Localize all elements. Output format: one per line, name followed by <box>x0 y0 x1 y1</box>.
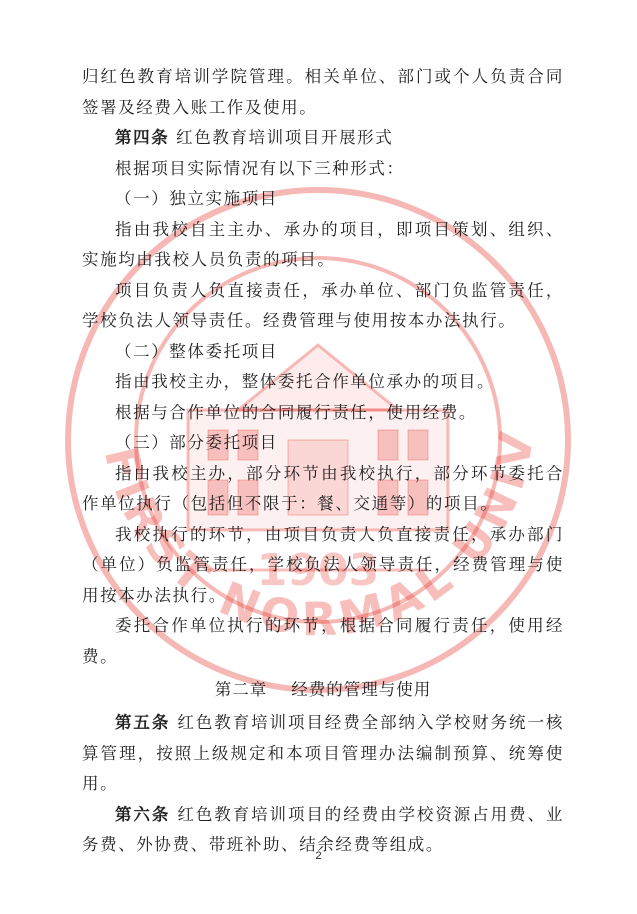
article-paragraph: 第六条 红色教育培训项目的经费由学校资源占用费、业务费、外协费、带班补助、结余经… <box>82 800 564 861</box>
document-page: 归红色教育培训学院管理。相关单位、部门或个人负责合同签署及经费入账工作及使用。 … <box>82 62 564 861</box>
article-title: 红色教育培训项目开展形式 <box>176 128 393 147</box>
article-number: 第六条 <box>115 805 170 824</box>
chapter-number: 第二章 <box>215 680 268 699</box>
paragraph: 指由我校自主主办、承办的项目，即项目策划、组织、实施均由我校人员负责的项目。 <box>82 215 564 276</box>
paragraph: 根据项目实际情况有以下三种形式： <box>82 154 564 185</box>
paragraph: 归红色教育培训学院管理。相关单位、部门或个人负责合同签署及经费入账工作及使用。 <box>82 62 564 123</box>
paragraph: 指由我校主办，部分环节由我校执行，部分环节委托合作单位执行（包括但不限于：餐、交… <box>82 459 564 520</box>
paragraph: 委托合作单位执行的环节，根据合同履行责任，使用经费。 <box>82 611 564 672</box>
paragraph: 我校执行的环节，由项目负责人负直接责任，承办部门（单位）负监管责任，学校负法人领… <box>82 520 564 612</box>
paragraph: 指由我校主办，整体委托合作单位承办的项目。 <box>82 367 564 398</box>
chapter-heading: 第二章经费的管理与使用 <box>82 672 564 708</box>
article-paragraph: 第五条 红色教育培训项目经费全部纳入学校财务统一核算管理，按照上级规定和本项目管… <box>82 708 564 800</box>
subheading: （一）独立实施项目 <box>82 184 564 215</box>
article-number: 第五条 <box>115 713 170 732</box>
subheading: （三）部分委托项目 <box>82 428 564 459</box>
paragraph: 项目负责人负直接责任，承办单位、部门负监管责任，学校负法人领导责任。经费管理与使… <box>82 276 564 337</box>
article-heading: 第四条 红色教育培训项目开展形式 <box>82 123 564 154</box>
chapter-title: 经费的管理与使用 <box>291 680 431 699</box>
subheading: （二）整体委托项目 <box>82 337 564 368</box>
paragraph: 根据与合作单位的合同履行责任，使用经费。 <box>82 398 564 429</box>
article-number: 第四条 <box>115 128 169 147</box>
